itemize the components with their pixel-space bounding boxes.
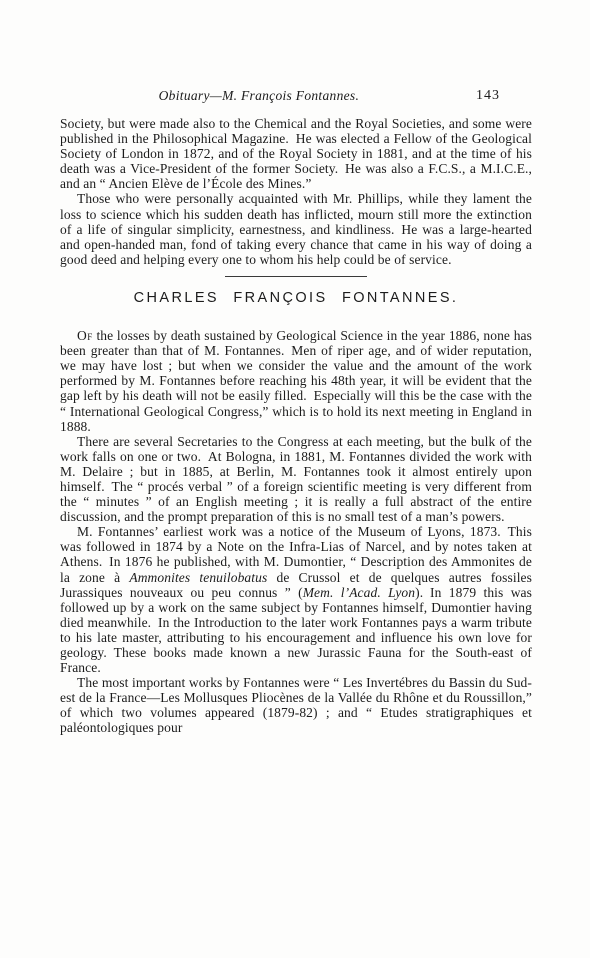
running-header: Obituary—M. François Fontannes. 143: [60, 88, 502, 106]
text-run: The most important works by Fontannes we…: [60, 675, 532, 735]
section-heading: CHARLES FRANÇOIS FONTANNES.: [60, 291, 532, 306]
fontannes-paragraph-early-works: M. Fontannes’ earliest work was a notice…: [60, 524, 532, 675]
page-body-text: Society, but were made also to the Chemi…: [60, 116, 532, 736]
fontannes-paragraph-losses: Of the losses by death sustained by Geol…: [60, 328, 532, 434]
fontannes-paragraph-important-works: The most important works by Fontannes we…: [60, 675, 532, 735]
obituary-paragraph-continuation: Society, but were made also to the Chemi…: [60, 116, 532, 191]
fontannes-paragraph-congress-secretaries: There are several Secretaries to the Con…: [60, 434, 532, 525]
text-run: Ammonites tenuilobatus: [129, 570, 267, 585]
page-number: 143: [476, 88, 500, 104]
text-run: Those who were personally acquainted wit…: [60, 191, 532, 266]
text-run: Of: [77, 328, 93, 343]
running-header-title: Obituary—M. François Fontannes.: [159, 88, 360, 104]
section-divider-rule: [225, 276, 367, 277]
text-run: There are several Secretaries to the Con…: [60, 434, 532, 524]
text-run: Society, but were made also to the Chemi…: [60, 116, 532, 191]
text-run: Mem. l’Acad. Lyon: [303, 585, 415, 600]
obituary-paragraph-tribute: Those who were personally acquainted wit…: [60, 191, 532, 266]
scanned-journal-page: Obituary—M. François Fontannes. 143 Soci…: [0, 0, 590, 958]
text-run: the losses by death sustained by Geologi…: [60, 328, 532, 434]
